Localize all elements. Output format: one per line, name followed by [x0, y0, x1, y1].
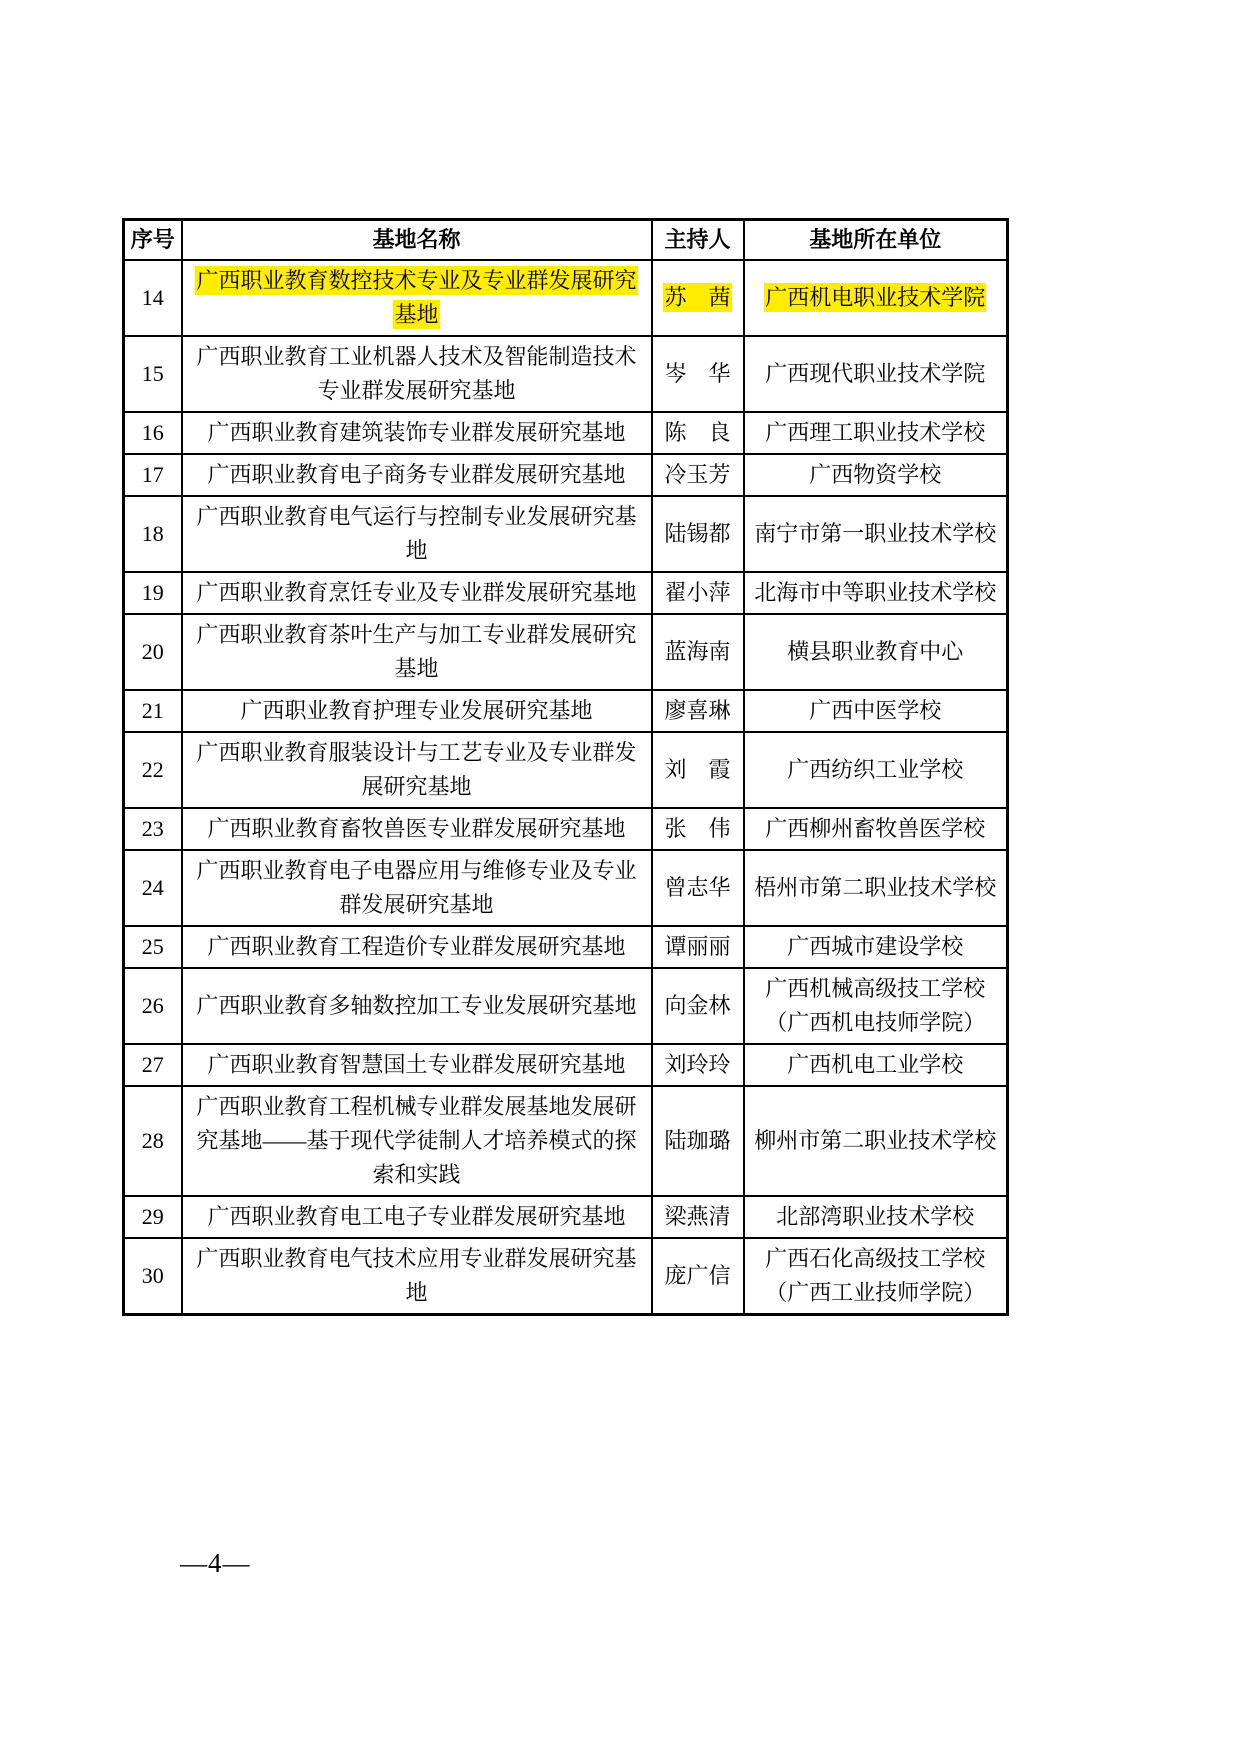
host-name-cell: 廖喜琳	[652, 690, 744, 732]
unit-name-text: 广西石化高级技工学校（广西工业技师学院）	[765, 1246, 985, 1305]
base-name-text: 广西职业教育电子商务专业群发展研究基地	[207, 462, 625, 487]
row-number: 18	[142, 521, 164, 546]
unit-name-cell: 北海市中等职业技术学校	[744, 572, 1008, 614]
host-name-cell: 谭丽丽	[652, 926, 744, 968]
base-name-text: 广西职业教育数控技术专业及专业群发展研究基地	[195, 266, 637, 329]
row-number: 27	[142, 1052, 164, 1077]
base-name-cell: 广西职业教育电子电器应用与维修专业及专业群发展研究基地	[182, 850, 652, 926]
table-row: 27 广西职业教育智慧国土专业群发展研究基地 刘玲玲 广西机电工业学校	[124, 1044, 1008, 1086]
table-row: 26 广西职业教育多轴数控加工专业发展研究基地 向金林 广西机械高级技工学校（广…	[124, 968, 1008, 1044]
host-name-cell: 岑 华	[652, 336, 744, 412]
host-name-cell: 刘 霞	[652, 732, 744, 808]
base-name-text: 广西职业教育智慧国土专业群发展研究基地	[207, 1052, 625, 1077]
row-number-cell: 18	[124, 496, 182, 572]
row-number-cell: 24	[124, 850, 182, 926]
unit-name-cell: 广西物资学校	[744, 454, 1008, 496]
base-name-text: 广西职业教育畜牧兽医专业群发展研究基地	[207, 816, 625, 841]
base-name-cell: 广西职业教育电气运行与控制专业发展研究基地	[182, 496, 652, 572]
header-cell-no: 序号	[124, 220, 182, 261]
unit-name-text: 梧州市第二职业技术学校	[754, 875, 996, 900]
table-row: 24 广西职业教育电子电器应用与维修专业及专业群发展研究基地 曾志华 梧州市第二…	[124, 850, 1008, 926]
row-number: 26	[142, 993, 164, 1018]
unit-name-cell: 广西城市建设学校	[744, 926, 1008, 968]
row-number: 25	[142, 934, 164, 959]
base-name-text: 广西职业教育电子电器应用与维修专业及专业群发展研究基地	[196, 858, 636, 917]
unit-name-text: 柳州市第二职业技术学校	[754, 1128, 996, 1153]
host-name-cell: 陈 良	[652, 412, 744, 454]
host-name-cell: 陆珈璐	[652, 1086, 744, 1196]
table-row: 20 广西职业教育茶叶生产与加工专业群发展研究基地 蓝海南 横县职业教育中心	[124, 614, 1008, 690]
table-row: 18 广西职业教育电气运行与控制专业发展研究基地 陆锡都 南宁市第一职业技术学校	[124, 496, 1008, 572]
table-row: 16 广西职业教育建筑装饰专业群发展研究基地 陈 良 广西理工职业技术学校	[124, 412, 1008, 454]
row-number-cell: 29	[124, 1196, 182, 1238]
row-number-cell: 27	[124, 1044, 182, 1086]
host-name-cell: 刘玲玲	[652, 1044, 744, 1086]
host-name-cell: 庞广信	[652, 1238, 744, 1315]
host-name-text: 刘玲玲	[664, 1052, 730, 1077]
base-name-cell: 广西职业教育畜牧兽医专业群发展研究基地	[182, 808, 652, 850]
table-row: 15 广西职业教育工业机器人技术及智能制造技术专业群发展研究基地 岑 华 广西现…	[124, 336, 1008, 412]
unit-name-cell: 南宁市第一职业技术学校	[744, 496, 1008, 572]
table-row: 21 广西职业教育护理专业发展研究基地 廖喜琳 广西中医学校	[124, 690, 1008, 732]
row-number: 30	[142, 1263, 164, 1288]
host-name-text: 向金林	[664, 993, 730, 1018]
unit-name-text: 广西机械高级技工学校（广西机电技师学院）	[765, 976, 985, 1035]
row-number: 14	[142, 285, 164, 310]
row-number-cell: 19	[124, 572, 182, 614]
unit-name-cell: 广西石化高级技工学校（广西工业技师学院）	[744, 1238, 1008, 1315]
base-name-text: 广西职业教育茶叶生产与加工专业群发展研究基地	[196, 622, 636, 681]
table-row: 19 广西职业教育烹饪专业及专业群发展研究基地 翟小萍 北海市中等职业技术学校	[124, 572, 1008, 614]
unit-name-text: 广西物资学校	[809, 462, 941, 487]
row-number: 29	[142, 1204, 164, 1229]
host-name-text: 岑 华	[664, 361, 730, 386]
base-name-text: 广西职业教育工程造价专业群发展研究基地	[207, 934, 625, 959]
host-name-text: 庞广信	[664, 1263, 730, 1288]
base-name-cell: 广西职业教育电气技术应用专业群发展研究基地	[182, 1238, 652, 1315]
base-name-text: 广西职业教育工业机器人技术及智能制造技术专业群发展研究基地	[196, 344, 636, 403]
host-name-cell: 梁燕清	[652, 1196, 744, 1238]
base-name-cell: 广西职业教育护理专业发展研究基地	[182, 690, 652, 732]
row-number-cell: 26	[124, 968, 182, 1044]
host-name-text: 陆珈璐	[664, 1128, 730, 1153]
unit-name-cell: 广西中医学校	[744, 690, 1008, 732]
host-name-cell: 翟小萍	[652, 572, 744, 614]
base-name-cell: 广西职业教育多轴数控加工专业发展研究基地	[182, 968, 652, 1044]
row-number-cell: 21	[124, 690, 182, 732]
base-name-text: 广西职业教育工程机械专业群发展基地发展研究基地——基于现代学徒制人才培养模式的探…	[196, 1094, 636, 1187]
page-number: —4—	[180, 1548, 251, 1579]
row-number: 15	[142, 361, 164, 386]
unit-name-cell: 广西机电工业学校	[744, 1044, 1008, 1086]
base-name-cell: 广西职业教育电子商务专业群发展研究基地	[182, 454, 652, 496]
base-name-cell: 广西职业教育数控技术专业及专业群发展研究基地	[182, 260, 652, 336]
base-name-text: 广西职业教育电气技术应用专业群发展研究基地	[196, 1246, 636, 1305]
base-name-text: 广西职业教育服装设计与工艺专业及专业群发展研究基地	[196, 740, 636, 799]
unit-name-text: 广西纺织工业学校	[787, 757, 963, 782]
unit-name-text: 北部湾职业技术学校	[776, 1204, 974, 1229]
host-name-cell: 冷玉芳	[652, 454, 744, 496]
host-name-cell: 陆锡都	[652, 496, 744, 572]
host-name-text: 刘 霞	[664, 757, 730, 782]
unit-name-text: 广西中医学校	[809, 698, 941, 723]
table-row: 30 广西职业教育电气技术应用专业群发展研究基地 庞广信 广西石化高级技工学校（…	[124, 1238, 1008, 1315]
row-number-cell: 28	[124, 1086, 182, 1196]
table-row: 28 广西职业教育工程机械专业群发展基地发展研究基地——基于现代学徒制人才培养模…	[124, 1086, 1008, 1196]
host-name-cell: 曾志华	[652, 850, 744, 926]
bases-table: 序号 基地名称 主持人 基地所在单位 14 广西职业教育数控技术专业及专业群发展…	[122, 218, 1009, 1316]
unit-name-text: 横县职业教育中心	[787, 639, 963, 664]
row-number: 20	[142, 639, 164, 664]
base-name-cell: 广西职业教育智慧国土专业群发展研究基地	[182, 1044, 652, 1086]
row-number-cell: 16	[124, 412, 182, 454]
row-number-cell: 25	[124, 926, 182, 968]
base-name-cell: 广西职业教育电工电子专业群发展研究基地	[182, 1196, 652, 1238]
unit-name-text: 北海市中等职业技术学校	[754, 580, 996, 605]
row-number: 22	[142, 757, 164, 782]
table-row: 14 广西职业教育数控技术专业及专业群发展研究基地 苏 茜 广西机电职业技术学院	[124, 260, 1008, 336]
host-name-text: 蓝海南	[664, 639, 730, 664]
host-name-text: 谭丽丽	[664, 934, 730, 959]
row-number-cell: 30	[124, 1238, 182, 1315]
host-name-text: 陈 良	[664, 420, 730, 445]
table-row: 29 广西职业教育电工电子专业群发展研究基地 梁燕清 北部湾职业技术学校	[124, 1196, 1008, 1238]
base-name-cell: 广西职业教育工业机器人技术及智能制造技术专业群发展研究基地	[182, 336, 652, 412]
row-number: 24	[142, 875, 164, 900]
row-number: 19	[142, 580, 164, 605]
unit-name-text: 广西机电职业技术学院	[764, 283, 986, 312]
host-name-cell: 蓝海南	[652, 614, 744, 690]
row-number-cell: 22	[124, 732, 182, 808]
unit-name-cell: 广西机电职业技术学院	[744, 260, 1008, 336]
host-name-cell: 苏 茜	[652, 260, 744, 336]
host-name-text: 梁燕清	[664, 1204, 730, 1229]
unit-name-cell: 柳州市第二职业技术学校	[744, 1086, 1008, 1196]
base-name-cell: 广西职业教育服装设计与工艺专业及专业群发展研究基地	[182, 732, 652, 808]
base-name-text: 广西职业教育电工电子专业群发展研究基地	[207, 1204, 625, 1229]
host-name-text: 冷玉芳	[664, 462, 730, 487]
unit-name-text: 广西柳州畜牧兽医学校	[765, 816, 985, 841]
base-name-text: 广西职业教育电气运行与控制专业发展研究基地	[196, 504, 636, 563]
row-number: 23	[142, 816, 164, 841]
unit-name-cell: 广西机械高级技工学校（广西机电技师学院）	[744, 968, 1008, 1044]
row-number: 21	[142, 698, 164, 723]
unit-name-text: 广西现代职业技术学院	[765, 361, 985, 386]
unit-name-cell: 梧州市第二职业技术学校	[744, 850, 1008, 926]
host-name-cell: 向金林	[652, 968, 744, 1044]
header-cell-name: 基地名称	[182, 220, 652, 261]
base-name-cell: 广西职业教育建筑装饰专业群发展研究基地	[182, 412, 652, 454]
row-number: 17	[142, 462, 164, 487]
host-name-text: 翟小萍	[664, 580, 730, 605]
base-name-cell: 广西职业教育工程造价专业群发展研究基地	[182, 926, 652, 968]
unit-name-cell: 广西现代职业技术学院	[744, 336, 1008, 412]
unit-name-cell: 广西理工职业技术学校	[744, 412, 1008, 454]
table-row: 25 广西职业教育工程造价专业群发展研究基地 谭丽丽 广西城市建设学校	[124, 926, 1008, 968]
base-name-text: 广西职业教育护理专业发展研究基地	[240, 698, 592, 723]
unit-name-text: 南宁市第一职业技术学校	[754, 521, 996, 546]
table-row: 17 广西职业教育电子商务专业群发展研究基地 冷玉芳 广西物资学校	[124, 454, 1008, 496]
host-name-cell: 张 伟	[652, 808, 744, 850]
base-name-text: 广西职业教育多轴数控加工专业发展研究基地	[196, 993, 636, 1018]
table-header-row: 序号 基地名称 主持人 基地所在单位	[124, 220, 1008, 261]
unit-name-text: 广西城市建设学校	[787, 934, 963, 959]
host-name-text: 苏 茜	[663, 283, 731, 312]
host-name-text: 廖喜琳	[664, 698, 730, 723]
header-cell-unit: 基地所在单位	[744, 220, 1008, 261]
host-name-text: 张 伟	[664, 816, 730, 841]
host-name-text: 曾志华	[664, 875, 730, 900]
table-row: 23 广西职业教育畜牧兽医专业群发展研究基地 张 伟 广西柳州畜牧兽医学校	[124, 808, 1008, 850]
table-row: 22 广西职业教育服装设计与工艺专业及专业群发展研究基地 刘 霞 广西纺织工业学…	[124, 732, 1008, 808]
unit-name-text: 广西理工职业技术学校	[765, 420, 985, 445]
host-name-text: 陆锡都	[664, 521, 730, 546]
row-number-cell: 17	[124, 454, 182, 496]
row-number: 16	[142, 420, 164, 445]
header-cell-host: 主持人	[652, 220, 744, 261]
row-number-cell: 15	[124, 336, 182, 412]
row-number-cell: 20	[124, 614, 182, 690]
unit-name-cell: 北部湾职业技术学校	[744, 1196, 1008, 1238]
row-number-cell: 23	[124, 808, 182, 850]
base-name-text: 广西职业教育建筑装饰专业群发展研究基地	[207, 420, 625, 445]
base-name-cell: 广西职业教育工程机械专业群发展基地发展研究基地——基于现代学徒制人才培养模式的探…	[182, 1086, 652, 1196]
base-name-text: 广西职业教育烹饪专业及专业群发展研究基地	[196, 580, 636, 605]
base-name-cell: 广西职业教育茶叶生产与加工专业群发展研究基地	[182, 614, 652, 690]
base-name-cell: 广西职业教育烹饪专业及专业群发展研究基地	[182, 572, 652, 614]
document-page: 序号 基地名称 主持人 基地所在单位 14 广西职业教育数控技术专业及专业群发展…	[0, 0, 1241, 1754]
unit-name-cell: 横县职业教育中心	[744, 614, 1008, 690]
unit-name-cell: 广西纺织工业学校	[744, 732, 1008, 808]
unit-name-cell: 广西柳州畜牧兽医学校	[744, 808, 1008, 850]
unit-name-text: 广西机电工业学校	[787, 1052, 963, 1077]
row-number-cell: 14	[124, 260, 182, 336]
row-number: 28	[142, 1128, 164, 1153]
